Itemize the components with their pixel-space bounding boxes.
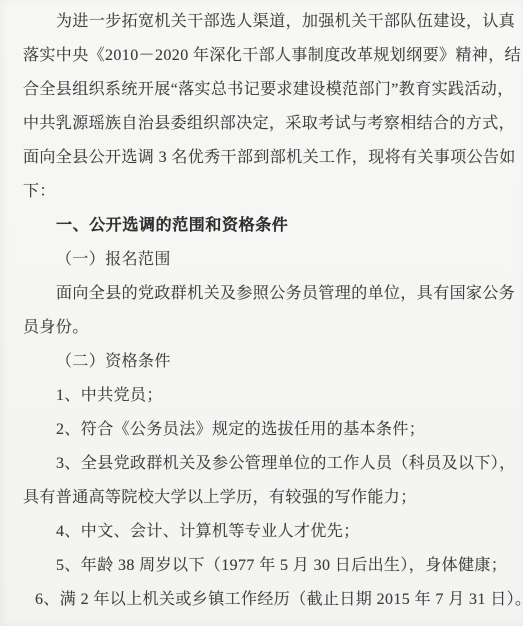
intro-line: 合全县组织系统开展“落实总书记要求建设模范部门”教育实践活动，: [23, 73, 505, 107]
intro-line: 面向全县公开选调 3 名优秀干部到部机关工作，现将有关事项公告如: [23, 141, 505, 175]
document-page: 为进一步拓宽机关干部选人渠道，加强机关干部队伍建设，认真 落实中央《2010－2…: [0, 0, 523, 626]
item-line: 3、全县党政群机关及参公管理单位的工作人员（科员及以下），: [23, 447, 505, 481]
item-line: 4、中文、会计、计算机等专业人才优先；: [23, 515, 505, 549]
item-line: 2、符合《公务员法》规定的选拔任用的基本条件；: [23, 413, 505, 447]
item-line: 5、年龄 38 周岁以下（1977 年 5 月 30 日后出生），身体健康；: [23, 549, 505, 583]
subsection-heading: （一）报名范围: [23, 243, 505, 277]
item-line: 具有普通高等院校大学以上学历，有较强的写作能力；: [23, 481, 505, 515]
intro-line: 中共乳源瑶族自治县委组织部决定，采取考试与考察相结合的方式，: [23, 107, 505, 141]
intro-line: 为进一步拓宽机关干部选人渠道，加强机关干部队伍建设，认真: [23, 5, 505, 39]
intro-line: 下：: [23, 175, 505, 209]
body-line: 员身份。: [23, 311, 505, 345]
intro-line: 落实中央《2010－2020 年深化干部人事制度改革规划纲要》精神，结: [23, 39, 505, 73]
body-line: 面向全县的党政群机关及参照公务员管理的单位，具有国家公务: [23, 277, 505, 311]
section-heading: 一、公开选调的范围和资格条件: [23, 209, 505, 243]
item-line: 1、中共党员；: [23, 379, 505, 413]
subsection-heading: （二）资格条件: [23, 345, 505, 379]
item-line: 6、满 2 年以上机关或乡镇工作经历（截止日期 2015 年 7 月 31 日）…: [23, 583, 505, 617]
